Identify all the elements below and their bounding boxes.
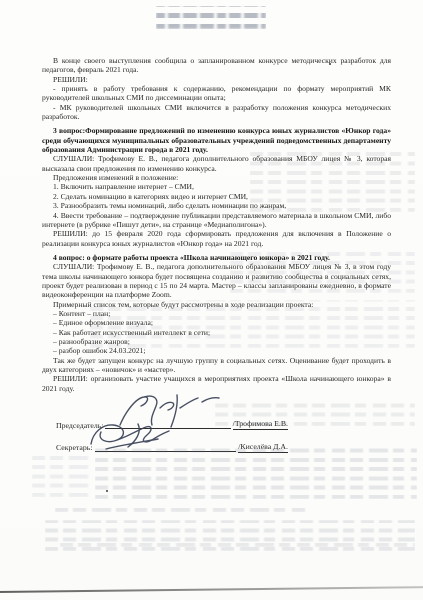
ink-speck: [106, 490, 108, 492]
question3-resolved: РЕШИЛИ: до 15 февраля 2020 года сформиро…: [42, 229, 391, 248]
question3-item: 4. Ввести требование – подтверждение пуб…: [42, 211, 391, 230]
ink-speck: [329, 63, 331, 65]
scanned-protocol-page: В конце своего выступления сообщила о за…: [0, 0, 423, 600]
bleed-through-text: [90, 300, 415, 348]
bleed-through-text: [55, 503, 310, 512]
bleed-through-text: [230, 248, 415, 293]
closing-remark-paragraph: В конце своего выступления сообщила о за…: [42, 56, 391, 75]
bleed-through-text: [215, 398, 415, 426]
bleed-through-text-top: [156, 6, 266, 29]
page-scan-edge: [0, 586, 423, 593]
chairman-signature-line: [105, 427, 230, 429]
resolution-item: - МК руководителей школьных СМИ включитс…: [42, 103, 391, 122]
bleed-through-text: [95, 447, 417, 499]
question4-contest-paragraph: Так же будет запущен конкурс на лучшую г…: [42, 356, 391, 375]
resolution-item: - принять в работу требования к содержан…: [42, 84, 391, 103]
resolved-label: РЕШИЛИ:: [42, 75, 391, 84]
bleed-through-text: [32, 452, 92, 497]
bleed-through-text: [60, 540, 415, 547]
question4-resolved: РЕШИЛИ: организовать участие учащихся в …: [42, 374, 391, 393]
chairman-label: Председатель:: [56, 421, 103, 430]
chairman-signature-scribble: [114, 391, 226, 431]
bleed-through-text: [250, 150, 415, 212]
